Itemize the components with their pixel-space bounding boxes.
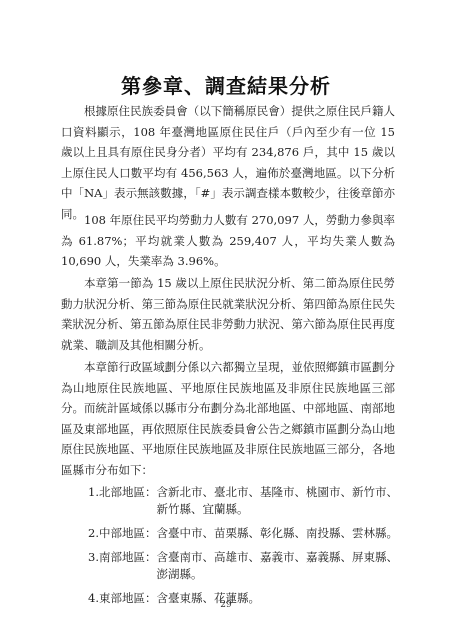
region-list: 1.北部地區： 含新北市、臺北市、基隆市、桃園市、新竹市、新竹縣、宜蘭縣。 2.… bbox=[88, 484, 398, 614]
paragraph-population-overview: 根據原住民族委員會（以下簡稱原民會）提供之原住民戶籍人口資料顯示，108 年臺灣… bbox=[61, 101, 395, 224]
region-label: 1.北部地區： bbox=[88, 484, 156, 518]
document-page: 第參章、調查結果分析 根據原住民族委員會（以下簡稱原民會）提供之原住民戶籍人口資… bbox=[0, 0, 452, 640]
region-item-south: 3.南部地區： 含臺南市、高雄市、嘉義市、嘉義縣、屏東縣、澎湖縣。 bbox=[88, 549, 398, 583]
region-content: 含臺中市、苗栗縣、彰化縣、南投縣、雲林縣。 bbox=[156, 525, 398, 542]
page-number: 29 bbox=[0, 600, 452, 610]
region-item-north: 1.北部地區： 含新北市、臺北市、基隆市、桃園市、新竹市、新竹縣、宜蘭縣。 bbox=[88, 484, 398, 518]
paragraph-region-division: 本章節行政區域劃分係以六都獨立呈現，並依照鄉鎮市區劃分為山地原住民族地區、平地原… bbox=[61, 357, 395, 480]
region-item-central: 2.中部地區： 含臺中市、苗栗縣、彰化縣、南投縣、雲林縣。 bbox=[88, 525, 398, 542]
chapter-title: 第參章、調查結果分析 bbox=[0, 70, 452, 99]
region-content: 含臺南市、高雄市、嘉義市、嘉義縣、屏東縣、澎湖縣。 bbox=[156, 549, 398, 583]
region-content: 含新北市、臺北市、基隆市、桃園市、新竹市、新竹縣、宜蘭縣。 bbox=[156, 484, 398, 518]
region-label: 2.中部地區： bbox=[88, 525, 156, 542]
paragraph-chapter-structure: 本章第一節為 15 歲以上原住民狀況分析、第二節為原住民勞動力狀況分析、第三節為… bbox=[61, 273, 395, 355]
region-label: 3.南部地區： bbox=[88, 549, 156, 583]
paragraph-labor-force-summary: 108 年原住民平均勞動力人數有 270,097 人，勞動力參與率為 61.87… bbox=[61, 210, 395, 272]
